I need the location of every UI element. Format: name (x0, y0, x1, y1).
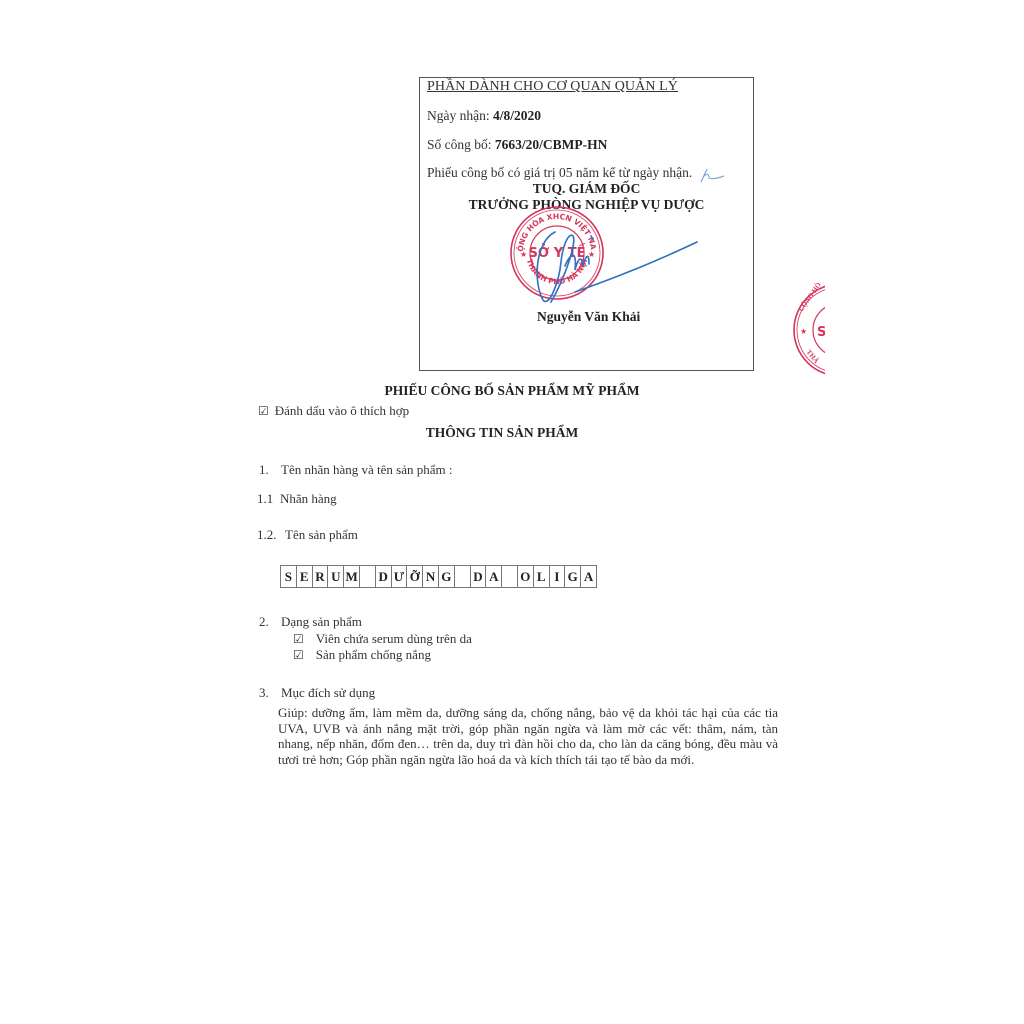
product-name-char-box: L (534, 566, 550, 587)
product-name-char-box: G (565, 566, 581, 587)
check-instruction: ☑Đánh dấu vào ô thích hợp (258, 403, 409, 419)
item-1: 1.Tên nhãn hàng và tên sản phẩm : (259, 462, 452, 478)
signature-icon (525, 222, 705, 312)
item-1-label: Tên nhãn hàng và tên sản phẩm : (281, 462, 452, 477)
product-name-char-box: U (328, 566, 344, 587)
product-name-char-box: N (423, 566, 439, 587)
checkbox-checked-icon: ☑ (293, 648, 304, 662)
product-name-char-box: O (518, 566, 534, 587)
product-name-char-box (455, 566, 471, 587)
item-1-1: 1.1Nhãn hàng (257, 491, 337, 507)
product-name-char-box: D (471, 566, 487, 587)
received-date-value: 4/8/2020 (493, 108, 541, 123)
checkbox-checked-icon: ☑ (293, 632, 304, 646)
product-name-char-box: S (281, 566, 297, 587)
announcement-no-row: Số công bố: 7663/20/CBMP-HN (427, 137, 607, 153)
product-name-boxes: SERUMDƯỠNGDAOLIGA (280, 565, 597, 588)
signature-title-1: TUQ. GIÁM ĐỐC (419, 181, 754, 197)
item-2-option-1: ☑Viên chứa serum dùng trên da (293, 631, 472, 647)
item-1-2-label: Tên sản phẩm (285, 527, 358, 542)
product-name-char-box: D (376, 566, 392, 587)
item-1-1-number: 1.1 (257, 491, 280, 507)
form-title: PHIẾU CÔNG BỐ SẢN PHẨM MỸ PHẨM (0, 383, 1024, 399)
item-2-option-1-label: Viên chứa serum dùng trên da (316, 631, 472, 646)
item-2-label: Dạng sản phẩm (281, 614, 362, 629)
product-name-char-box: A (581, 566, 597, 587)
announcement-no-value: 7663/20/CBMP-HN (495, 137, 608, 152)
product-name-char-box: A (486, 566, 502, 587)
product-name-char-box: I (550, 566, 566, 587)
item-3-label: Mục đích sử dụng (281, 685, 375, 700)
received-date-row: Ngày nhận: 4/8/2020 (427, 108, 541, 124)
product-name-char-box: Ư (392, 566, 408, 587)
signer-name: Nguyễn Văn Khải (537, 309, 640, 325)
usage-purpose-paragraph: Giúp: dưỡng ẩm, làm mềm da, dưỡng sáng d… (278, 705, 778, 767)
validity-note: Phiếu công bố có giá trị 05 năm kể từ ng… (427, 165, 692, 181)
product-name-char-box: G (439, 566, 455, 587)
svg-text:CỘNG HÒ: CỘNG HÒ (797, 282, 823, 313)
official-section-title: PHẦN DÀNH CHO CƠ QUAN QUẢN LÝ (427, 79, 678, 95)
section-title: THÔNG TIN SẢN PHẨM (0, 425, 1004, 441)
item-1-2: 1.2.Tên sản phẩm (257, 527, 358, 543)
product-name-char-box: M (344, 566, 360, 587)
item-2-option-2-label: Sản phẩm chống nắng (316, 647, 431, 662)
received-date-label: Ngày nhận: (427, 108, 490, 123)
item-2-number: 2. (259, 614, 281, 630)
product-name-char-box (360, 566, 376, 587)
partial-stamp: CỘNG HÒ ★ S THÀ (792, 282, 825, 378)
item-1-2-number: 1.2. (257, 527, 285, 543)
product-name-char-box: R (313, 566, 329, 587)
item-3-number: 3. (259, 685, 281, 701)
product-name-char-box (502, 566, 518, 587)
svg-text:★: ★ (800, 327, 807, 336)
item-1-number: 1. (259, 462, 281, 478)
check-instruction-text: Đánh dấu vào ô thích hợp (275, 403, 409, 418)
item-3: 3.Mục đích sử dụng (259, 685, 375, 701)
product-name-char-box: E (297, 566, 313, 587)
item-2: 2.Dạng sản phẩm (259, 614, 362, 630)
svg-text:S: S (817, 325, 825, 340)
announcement-no-label: Số công bố: (427, 137, 492, 152)
partial-stamp-seal-icon: CỘNG HÒ ★ S THÀ (792, 282, 825, 378)
product-name-char-box: Ỡ (407, 566, 423, 587)
item-2-option-2: ☑Sản phẩm chống nắng (293, 647, 431, 663)
item-1-1-label: Nhãn hàng (280, 491, 337, 506)
checkbox-checked-icon: ☑ (258, 404, 269, 418)
